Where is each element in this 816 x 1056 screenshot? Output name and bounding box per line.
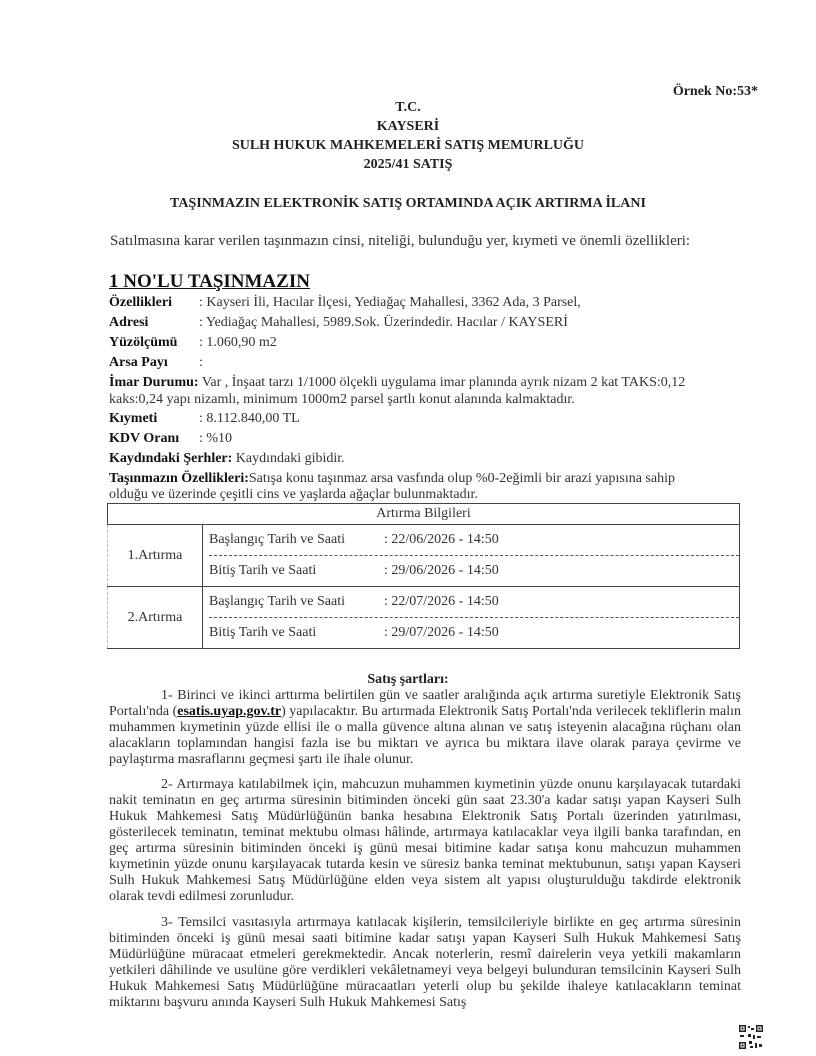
header-tc: T.C. — [0, 100, 816, 116]
auction-table-title: Artırma Bilgileri — [108, 504, 740, 525]
field-label: Taşınmazın Özellikleri: — [109, 471, 249, 487]
field-tasinmaz-ozellik: Taşınmazın Özellikleri:Satışa konu taşın… — [109, 471, 675, 487]
esatis-link[interactable]: esatis.uyap.gov.tr — [177, 704, 281, 719]
condition-2: 2- Artırmaya katılabilmek için, mahcuzun… — [109, 777, 741, 905]
table-row: 1.Artırma Başlangıç Tarih ve Saati: 22/0… — [108, 525, 740, 587]
document-page: Örnek No:53* T.C. KAYSERİ SULH HUKUK MAH… — [0, 0, 816, 1056]
field-adresi: Adresi: Yediağaç Mahallesi, 5989.Sok. Üz… — [109, 315, 568, 331]
field-value: : 8.112.840,00 TL — [199, 411, 300, 426]
auction-start: Başlangıç Tarih ve Saati: 22/07/2026 - 1… — [209, 587, 739, 618]
auction-label: 2.Artırma — [108, 587, 203, 649]
field-serhler: Kaydındaki Şerhler: Kaydındaki gibidir. — [109, 451, 345, 467]
field-value: Satışa konu taşınmaz arsa vasfında olup … — [249, 471, 675, 486]
field-imar-cont: kaks:0,24 yapı nizamlı, minimum 1000m2 p… — [109, 392, 575, 408]
field-label: Arsa Payı — [109, 355, 199, 371]
auction-table: Artırma Bilgileri 1.Artırma Başlangıç Ta… — [107, 503, 740, 649]
field-kdv: KDV Oranı: %10 — [109, 431, 232, 447]
auction-end: Bitiş Tarih ve Saati: 29/06/2026 - 14:50 — [209, 556, 739, 586]
field-value: : %10 — [199, 431, 232, 446]
table-row: 2.Artırma Başlangıç Tarih ve Saati: 22/0… — [108, 587, 740, 649]
field-value: : — [199, 355, 203, 370]
field-yuzolcumu: Yüzölçümü: 1.060,90 m2 — [109, 335, 277, 351]
property-heading: 1 NO'LU TAŞINMAZIN — [109, 271, 310, 293]
auction-label: 1.Artırma — [108, 525, 203, 587]
sample-number: Örnek No:53* — [673, 84, 758, 100]
header-office: SULH HUKUK MAHKEMELERİ SATIŞ MEMURLUĞU — [0, 138, 816, 154]
field-label: Özellikleri — [109, 295, 199, 311]
field-value: : 1.060,90 m2 — [199, 335, 277, 350]
auction-start: Başlangıç Tarih ve Saati: 22/06/2026 - 1… — [209, 525, 739, 556]
document-title: TAŞINMAZIN ELEKTRONİK SATIŞ ORTAMINDA AÇ… — [0, 196, 816, 212]
intro-text: Satılmasına karar verilen taşınmazın cin… — [110, 233, 690, 250]
field-tasinmaz-ozellik-cont: olduğu ve üzerinde çeşitli cins ve yaşla… — [109, 487, 478, 503]
condition-1: 1- Birinci ve ikinci arttırma belirtilen… — [109, 688, 741, 768]
field-label: Adresi — [109, 315, 199, 331]
field-ozellikleri: Özellikleri: Kayseri İli, Hacılar İlçesi… — [109, 295, 581, 311]
header-file-no: 2025/41 SATIŞ — [0, 157, 816, 173]
field-value: Var , İnşaat tarzı 1/1000 ölçekli uygula… — [199, 375, 686, 390]
field-label: Kıymeti — [109, 411, 199, 427]
field-imar: İmar Durumu: Var , İnşaat tarzı 1/1000 ö… — [109, 375, 685, 391]
qr-code-icon — [738, 1024, 764, 1050]
field-kiymet: Kıymeti: 8.112.840,00 TL — [109, 411, 300, 427]
conditions-title: Satış şartları: — [0, 672, 816, 688]
field-arsa-payi: Arsa Payı: — [109, 355, 203, 371]
header-city: KAYSERİ — [0, 119, 816, 135]
field-value: Kaydındaki gibidir. — [232, 451, 344, 466]
field-label: Yüzölçümü — [109, 335, 199, 351]
field-value: : Kayseri İli, Hacılar İlçesi, Yediağaç … — [199, 295, 581, 310]
condition-3: 3- Temsilci vasıtasıyla artırmaya katıla… — [109, 915, 741, 1011]
field-label: KDV Oranı — [109, 431, 199, 447]
field-label: Kaydındaki Şerhler: — [109, 451, 232, 467]
auction-end: Bitiş Tarih ve Saati: 29/07/2026 - 14:50 — [209, 618, 739, 648]
field-value: : Yediağaç Mahallesi, 5989.Sok. Üzerinde… — [199, 315, 568, 330]
field-label: İmar Durumu: — [109, 375, 199, 391]
